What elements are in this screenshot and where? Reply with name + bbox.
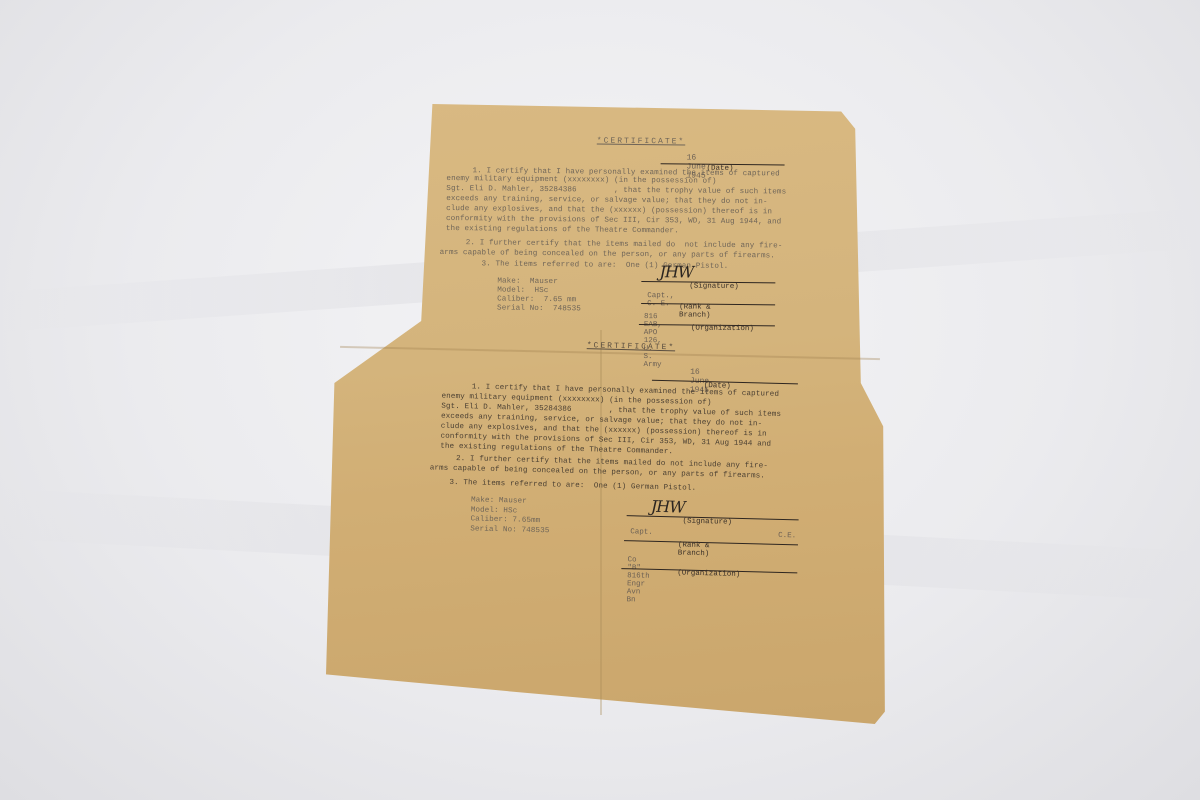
organization: Co "B" 816th Engr Avn Bn — [626, 556, 650, 605]
rank: Capt. — [630, 528, 653, 537]
document: *CERTIFICATE* 16 June 1945 (Date) 1. I c… — [0, 0, 1200, 800]
organization-caption: (Organization) — [677, 569, 740, 579]
rank-caption: (Rank & Branch) — [679, 303, 711, 319]
paragraph-2: 2. I further certify that the items mail… — [440, 238, 783, 262]
rank-branch: C.E. — [778, 532, 796, 540]
paragraph-1-body: enemy military equipment (xxxxxxxx) (in … — [440, 392, 781, 460]
item-details: Make: MauserModel: HScCaliber: 7.65 mmSe… — [497, 278, 581, 315]
rank-caption: (Rank & Branch) — [678, 541, 710, 558]
signature-caption: (Signature) — [689, 283, 739, 292]
rank: Capt., C. E. — [647, 292, 674, 308]
signature: JHW — [659, 262, 693, 281]
item-details: Make: MauserModel: HScCaliber: 7.65mmSer… — [470, 496, 550, 536]
paragraph-1-body: enemy military equipment (xxxxxxxx) (in … — [446, 174, 787, 238]
signature: JHW — [651, 497, 685, 517]
organization-caption: (Organization) — [691, 325, 754, 334]
signature-caption: (Signature) — [682, 518, 732, 527]
certificate-title: *CERTIFICATE* — [597, 137, 686, 147]
organization: 816 EAB, APO 126, U. S. Army — [643, 313, 662, 369]
